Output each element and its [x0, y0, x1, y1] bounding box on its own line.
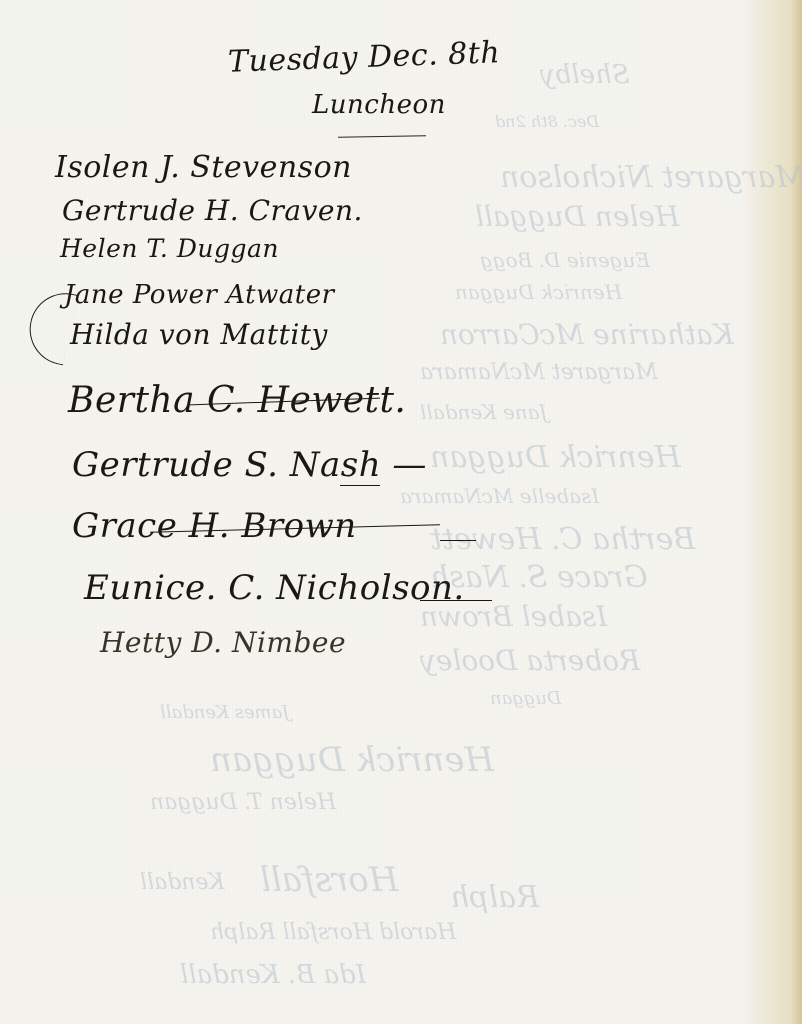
bleed-through-text: James Kendall [160, 702, 290, 723]
bleed-through-text: Ralph [450, 880, 539, 915]
bleed-through-text: Duggan [490, 688, 561, 709]
signature: Hilda von Mattity [70, 318, 328, 351]
signature: Helen T. Duggan [60, 234, 279, 263]
signature: Hetty D. Nimbee [100, 626, 346, 659]
heading-occasion: Luncheon [312, 90, 446, 120]
bleed-through-text: Helen Duggall [475, 200, 679, 233]
bleed-through-text: Ida B. Kendall [180, 960, 366, 990]
bleed-through-text: Horsfall [260, 860, 398, 900]
bleed-through-text: Henrick Duggan [455, 280, 622, 304]
heading-underline [338, 135, 426, 138]
bleed-through-text: Helen T. Duggan [150, 790, 336, 815]
bleed-through-text: Isabelle McNamara [400, 484, 599, 508]
bleed-through-text: Shelby [540, 60, 630, 90]
signature-flourish-line [420, 600, 492, 601]
bleed-through-text: Dec. 8th 2nd [495, 112, 599, 131]
signature: Grace H. Brown [72, 506, 357, 546]
signature: Jane Power Atwater [64, 280, 335, 310]
signature-flourish-line [440, 540, 476, 541]
signature: Isolen J. Stevenson [55, 150, 352, 185]
bleed-through-text: Margaret McNamara [420, 360, 658, 385]
bleed-through-text: Margaret Nicholson [500, 160, 802, 195]
bleed-through-text: Henrick Duggan [430, 440, 681, 475]
bleed-through-text: Jane Kendall [420, 400, 548, 424]
signature: Gertrude H. Craven. [62, 194, 363, 227]
bleed-through-text: Henrick Duggan [210, 740, 494, 780]
bleed-through-text: Harold Horsfall Ralph [210, 920, 456, 945]
heading-date: Tuesday Dec. 8th [227, 35, 500, 79]
signature: Gertrude S. Nash — [72, 445, 427, 485]
bleed-through-text: Katharine McCarron [440, 318, 734, 351]
bleed-through-text: Kendall [140, 870, 224, 895]
register-page: Shelby Dec. 8th 2nd Margaret Nicholson H… [0, 0, 802, 1024]
signature: Bertha C. Hewett. [68, 380, 406, 421]
bleed-through-text: Roberta Dooley [420, 644, 640, 677]
bleed-through-text: Eugenie D. Bogg [480, 248, 650, 272]
signature-flourish-line [340, 485, 380, 486]
signature: Eunice. C. Nicholson. [84, 568, 465, 608]
